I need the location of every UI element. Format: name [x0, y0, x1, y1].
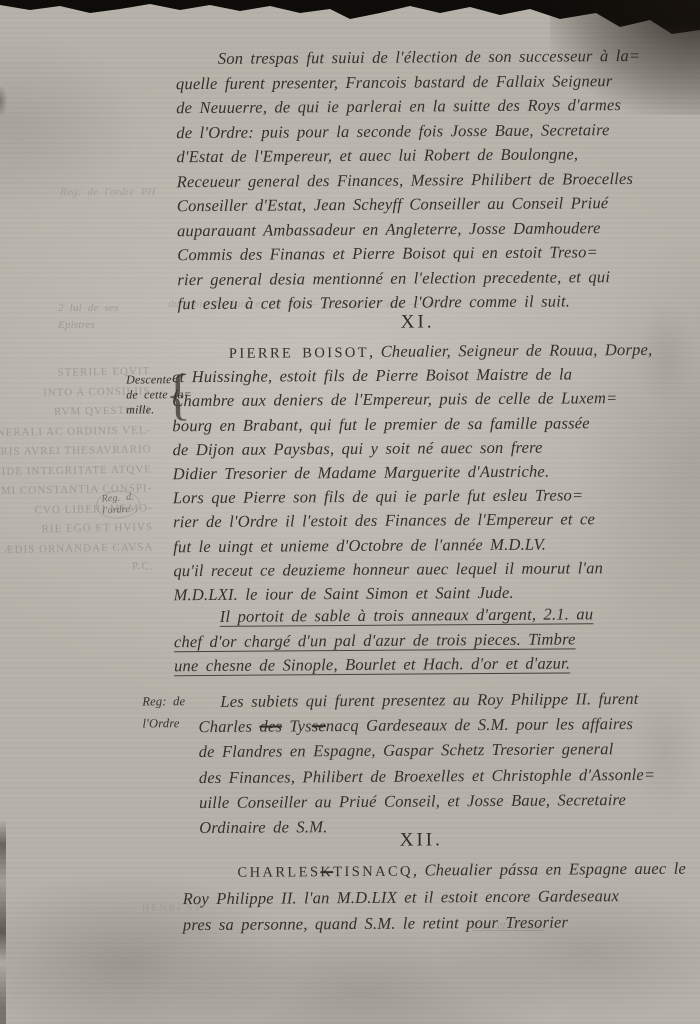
- text-line: PIERRE BOISOT, Cheualier, Seigneur de Ro…: [172, 338, 653, 366]
- text-line: d'Estat de l'Empereur, et auec lui Rober…: [176, 142, 641, 170]
- left-edge-binding-marks: [0, 820, 6, 1024]
- text-line: Receueur general des Finances, Messire P…: [177, 166, 642, 194]
- section-heading-xi: XI.: [178, 310, 658, 335]
- text-layer: Son trespas fut suiui de l'élection de s…: [0, 0, 700, 1024]
- section-heading-xii: XII.: [181, 828, 661, 853]
- text-line: Reg: de: [142, 690, 185, 712]
- text-line: uille Conseiller au Priué Conseil, et Jo…: [199, 787, 656, 815]
- struck-text: K: [320, 864, 333, 880]
- paragraph-blazon-underlined: Il portoit de sable à trois anneaux d'ar…: [174, 602, 594, 678]
- text-segment: CHARLES: [237, 864, 320, 881]
- text-line: de Dijon aux Paysbas, qui y soit né auec…: [172, 435, 653, 463]
- text-line: Commis des Finanas et Pierre Boisot qui …: [177, 240, 642, 268]
- text-line: l'ordre: [102, 504, 135, 518]
- text-line: Il portoit de sable à trois anneaux d'ar…: [174, 602, 594, 629]
- manuscript-page: Reg: de l'ordre PH 2 lui de sesEpistres …: [0, 0, 700, 1024]
- text-line: rier general desia mentionné en l'electi…: [177, 264, 642, 292]
- text-line: Chambre aux deniers de l'Empereur, puis …: [172, 386, 653, 414]
- text-line: de l'Ordre: puis pour la seconde fois Jo…: [176, 117, 641, 145]
- text-line: des Finances, Philibert de Broexelles et…: [199, 761, 656, 789]
- text-segment: Charles: [198, 717, 259, 736]
- struck-text: se: [312, 716, 326, 735]
- text-segment: , Cheualier, Seigneur de Rouua, Dorpe,: [369, 340, 652, 361]
- text-segment: , Cheualier pássa en Espagne auec le: [413, 859, 686, 880]
- text-segment: PIERRE BOISOT: [229, 345, 369, 362]
- text-line: rier de l'Ordre il l'estoit des Finances…: [173, 507, 654, 535]
- text-line: Charles des Tyssenacq Gardeseaux de S.M.…: [198, 711, 655, 739]
- text-line: bourg en Brabant, qui fut le premier de …: [172, 410, 653, 438]
- text-line: Les subiets qui furent presentez au Roy …: [198, 686, 655, 714]
- struck-text: des: [259, 717, 282, 736]
- paragraph-subiets-philippe: Les subiets qui furent presentez au Roy …: [198, 686, 655, 840]
- margin-note-reg-ordre-faint: Reg. d.l'ordre: [95, 489, 141, 520]
- text-line: Lors que Pierre son fils de qui ie parle…: [173, 483, 654, 511]
- top-right-corner-shadow: [550, 0, 700, 115]
- margin-note-reg-ordre: Reg: del'Ordre: [142, 690, 185, 734]
- text-segment: Tys: [282, 716, 312, 735]
- text-segment: TISNACQ: [333, 864, 413, 881]
- text-segment: nacq Gardeseaux de S.M. pour les affaire…: [326, 714, 633, 735]
- text-line: pres sa personne, quand S.M. le retint p…: [183, 909, 687, 939]
- text-line: de Flandres en Espagne, Gaspar Schetz Tr…: [199, 736, 656, 764]
- text-line: Roy Philippe II. l'an M.D.LIX et il esto…: [183, 882, 687, 912]
- paragraph-charles-tisnacq: CHARLESKTISNACQ, Cheualier pássa en Espa…: [182, 856, 686, 939]
- text-line: une chesne de Sinople, Bourlet et Hach. …: [174, 651, 594, 678]
- text-line: CHARLESKTISNACQ, Cheualier pássa en Espa…: [182, 856, 686, 886]
- text-line: fut le uingt et unieme d'Octobre de l'an…: [173, 531, 654, 559]
- paragraph-pierre-boisot: PIERRE BOISOT, Cheualier, Seigneur de Ro…: [172, 338, 654, 607]
- text-line: et Huissinghe, estoit fils de Pierre Boi…: [172, 362, 653, 390]
- text-line: l'Ordre: [142, 712, 185, 734]
- text-line: chef d'or chargé d'un pal d'azur de troi…: [174, 627, 594, 654]
- text-line: Didier Tresorier de Madame Marguerite d'…: [173, 459, 654, 487]
- left-edge-mark: [0, 86, 7, 116]
- text-line: qu'il receut ce deuzieme honneur auec le…: [173, 556, 654, 584]
- text-line: Conseiller d'Estat, Jean Scheyff Conseil…: [177, 191, 642, 219]
- text-line: auparauant Ambassadeur en Angleterre, Jo…: [177, 215, 642, 243]
